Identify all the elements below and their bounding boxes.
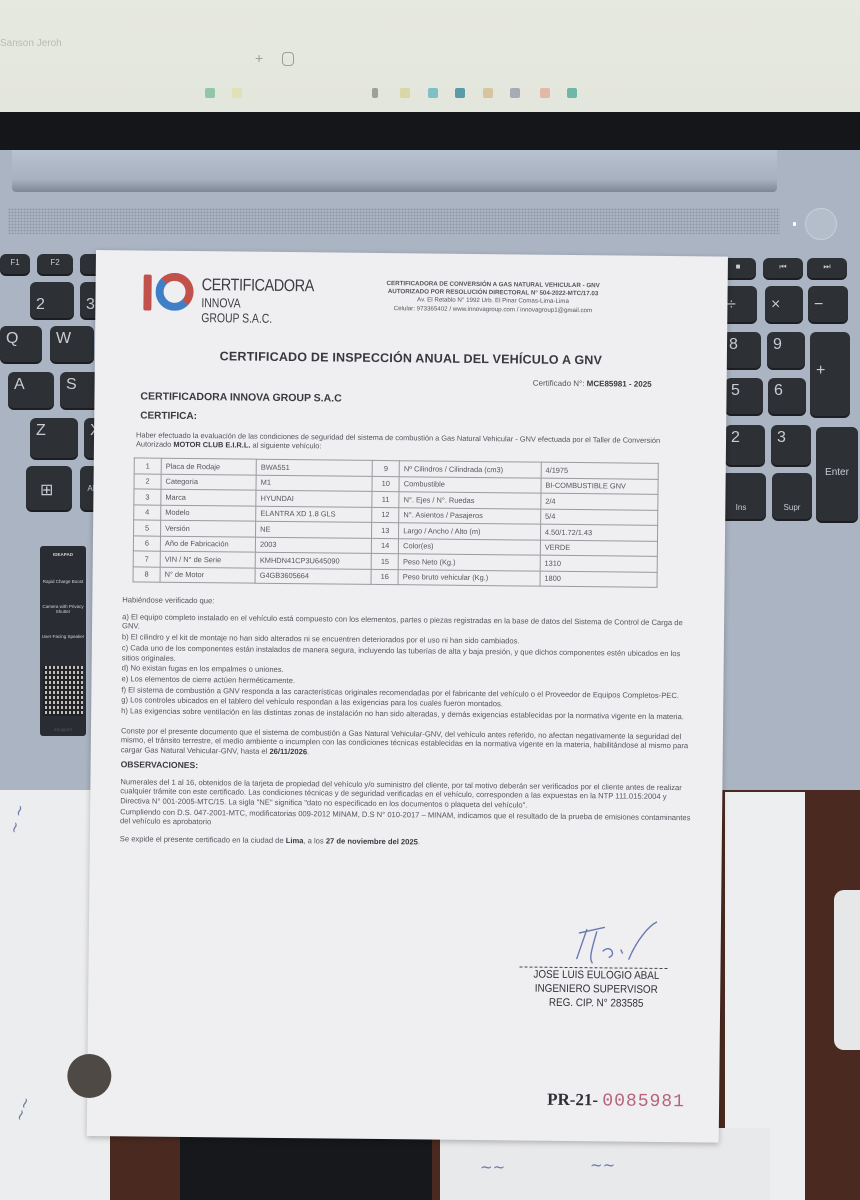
header-info: CERTIFICADORA DE CONVERSIÓN A GAS NATURA…	[350, 280, 635, 316]
table-cell: HYUNDAI	[256, 490, 372, 507]
table-cell: Modelo	[161, 505, 256, 521]
issued-city: Lima	[286, 836, 304, 845]
table-cell: BI-COMBUSTIBLE GNV	[541, 478, 658, 495]
handwriting: ~~	[10, 1094, 36, 1124]
key-enter[interactable]: Enter	[816, 427, 858, 521]
table-cell: 4/1975	[541, 462, 658, 479]
serial-number: 0085981	[602, 1091, 685, 1112]
sticker-feature: User-Facing Speaker	[40, 634, 86, 639]
table-cell: KMHDN41CP3U645090	[255, 552, 371, 569]
certificate-number-label: Certificado N°:	[533, 379, 587, 389]
certificate-body: Habiéndose verificado que: a) El equipo …	[120, 595, 698, 851]
laptop-screen: Sanson Jeroh +	[0, 0, 860, 112]
status-led	[793, 222, 796, 226]
issued-text: .	[418, 837, 420, 846]
form-code: PR-21-	[547, 1090, 598, 1110]
punch-hole	[67, 1054, 111, 1098]
key-w[interactable]: W	[50, 326, 94, 362]
key-2[interactable]: 2	[30, 282, 74, 318]
table-cell: 1	[134, 458, 161, 474]
valid-until: 26/11/2026	[269, 747, 307, 756]
logo-mark	[155, 273, 193, 311]
sticker-feature: Camera with Privacy Shutter	[40, 604, 86, 614]
certifica-heading: CERTIFICA:	[140, 410, 197, 422]
table-cell: N°. Asientos / Pasajeros	[399, 507, 541, 524]
header-line: Celular: 973365402 / www.innovagroup.com…	[350, 304, 635, 315]
table-cell: Peso Neto (Kg.)	[398, 554, 540, 571]
key-multiply[interactable]: ×	[765, 286, 803, 322]
signature-scrawl	[556, 919, 667, 970]
handwriting: ~ ~	[4, 802, 29, 836]
conste-paragraph: Conste por el presente documento que el …	[121, 726, 696, 761]
issued-text: Se expide el presente certificado en la …	[120, 834, 286, 845]
table-cell: 5	[134, 520, 161, 536]
workshop-name: MOTOR CLUB E.I.R.L.	[173, 440, 250, 450]
table-cell: BWA551	[256, 459, 372, 476]
signature-block: JOSE LUIS EULOGIO ABAL INGENIERO SUPERVI…	[516, 966, 676, 1011]
sticker-feature: Rapid Charge Boost	[40, 579, 86, 584]
logo-line2: INNOVA GROUP S.A.C.	[201, 295, 275, 326]
emoji-icon	[282, 52, 294, 66]
table-cell: VERDE	[540, 540, 657, 557]
table-cell: 6	[133, 535, 160, 551]
qr-code	[43, 666, 83, 716]
key-num-8[interactable]: 8	[723, 332, 761, 368]
table-cell: 9	[372, 460, 399, 476]
key-plus[interactable]: +	[810, 332, 850, 416]
plus-icon: +	[255, 50, 263, 66]
intro-paragraph: Haber efectuado la evaluación de las con…	[136, 430, 696, 454]
table-cell: 4.50/1.72/1.43	[540, 524, 657, 541]
sticker-brand: IDEAPAD	[40, 552, 86, 557]
key-f1[interactable]: F1	[0, 254, 30, 274]
table-cell: 2	[134, 473, 161, 489]
company-name: CERTIFICADORA INNOVA GROUP S.A.C	[140, 390, 341, 404]
sticker-support: eSupport	[40, 727, 86, 732]
table-cell: Color(es)	[399, 538, 541, 555]
table-cell: Largo / Ancho / Alto (m)	[399, 523, 541, 540]
logo-mark	[143, 275, 151, 311]
key-num-2[interactable]: 2	[725, 425, 765, 465]
table-cell: 2/4	[541, 493, 658, 510]
table-cell: 1310	[540, 555, 657, 572]
table-cell: 7	[133, 551, 160, 567]
table-cell: 2003	[255, 537, 371, 554]
issued-text: , a los	[303, 836, 325, 845]
table-cell: 16	[371, 569, 398, 585]
key-z[interactable]: Z	[30, 418, 78, 458]
issued-date: 27 de noviembre del 2025	[326, 837, 418, 847]
speaker-grille	[8, 208, 780, 234]
laptop-hinge	[12, 150, 777, 192]
signer-role: INGENIERO SUPERVISOR	[524, 982, 668, 998]
table-cell: Nº Cilindros / Cilindrada (cm3)	[399, 461, 541, 478]
handwriting: ~~	[590, 1156, 615, 1174]
key-prev[interactable]: ⏮	[763, 258, 803, 278]
company-logo: CERTIFICADORA INNOVA GROUP S.A.C.	[143, 273, 293, 321]
table-cell: G4GB3605664	[255, 568, 371, 585]
power-button[interactable]	[805, 208, 837, 240]
table-cell: Año de Fabricación	[160, 536, 255, 552]
certificate-number: Certificado N°: MCE85981 - 2025	[533, 379, 652, 389]
certificate-number-value: MCE85981 - 2025	[587, 379, 652, 389]
table-cell: 10	[372, 476, 399, 492]
table-cell: M1	[256, 475, 372, 492]
taskbar	[0, 88, 860, 104]
observaciones-heading: OBSERVACIONES:	[121, 760, 696, 776]
logo-line1: CERTIFICADORA	[202, 275, 314, 296]
ideapad-sticker: IDEAPAD Rapid Charge Boost Camera with P…	[40, 546, 86, 736]
certificate-document: CERTIFICADORA INNOVA GROUP S.A.C. CERTIF…	[87, 250, 728, 1143]
handwriting: ~~	[480, 1158, 505, 1176]
table-cell: 15	[371, 553, 398, 569]
background-paper-edge	[834, 890, 860, 1050]
table-cell: 3	[134, 489, 161, 505]
vehicle-table: 1Placa de RodajeBWA5519Nº Cilindros / Ci…	[133, 457, 659, 587]
table-cell: N° de Motor	[160, 567, 255, 583]
key-num-3[interactable]: 3	[771, 425, 811, 465]
screen-user-label: Sanson Jeroh	[0, 38, 62, 49]
table-cell: Versión	[161, 520, 256, 536]
intro-text: al siguiente vehículo:	[250, 441, 321, 451]
table-cell: 5/4	[540, 509, 657, 526]
table-cell: NE	[256, 521, 372, 538]
key-q[interactable]: Q	[0, 326, 42, 362]
table-cell: 13	[372, 522, 399, 538]
key-supr[interactable]: Supr	[772, 473, 812, 519]
table-cell: N°. Ejes / N°. Ruedas	[399, 492, 541, 509]
key-num-5[interactable]: 5	[725, 378, 763, 414]
table-cell: VIN / N° de Serie	[160, 551, 255, 567]
table-cell: Peso bruto vehicular (Kg.)	[398, 569, 540, 586]
key-f2[interactable]: F2	[37, 254, 73, 274]
key-minus[interactable]: −	[808, 286, 848, 322]
key-windows[interactable]: ⊞	[26, 466, 72, 510]
table-cell: 1800	[540, 571, 657, 588]
conste-text: Conste por el presente documento que el …	[121, 726, 688, 756]
key-num-9[interactable]: 9	[767, 332, 805, 368]
table-cell: 14	[372, 538, 399, 554]
table-cell: Categoría	[161, 474, 256, 490]
observaciones-text: Numerales del 1 al 16, obtenidos de la t…	[120, 777, 695, 812]
table-cell: 11	[372, 491, 399, 507]
key-next[interactable]: ⏭	[807, 258, 847, 278]
table-cell: 8	[133, 566, 160, 582]
signer-name: JOSE LUIS EULOGIO ABAL	[524, 968, 668, 984]
signer-registration: REG. CIP. N° 283585	[524, 996, 668, 1012]
form-serial: PR-21- 0085981	[547, 1090, 685, 1112]
table-cell: Placa de Rodaje	[161, 458, 256, 474]
table-cell: Marca	[161, 489, 256, 505]
key-num-6[interactable]: 6	[768, 378, 806, 414]
table-cell: ELANTRA XD 1.8 GLS	[256, 506, 372, 523]
table-cell: 4	[134, 504, 161, 520]
table-cell: Combustible	[399, 476, 541, 493]
key-a[interactable]: A	[8, 372, 54, 408]
document-title: CERTIFICADO DE INSPECCIÓN ANUAL DEL VEHÍ…	[95, 348, 727, 369]
table-cell: 12	[372, 507, 399, 523]
